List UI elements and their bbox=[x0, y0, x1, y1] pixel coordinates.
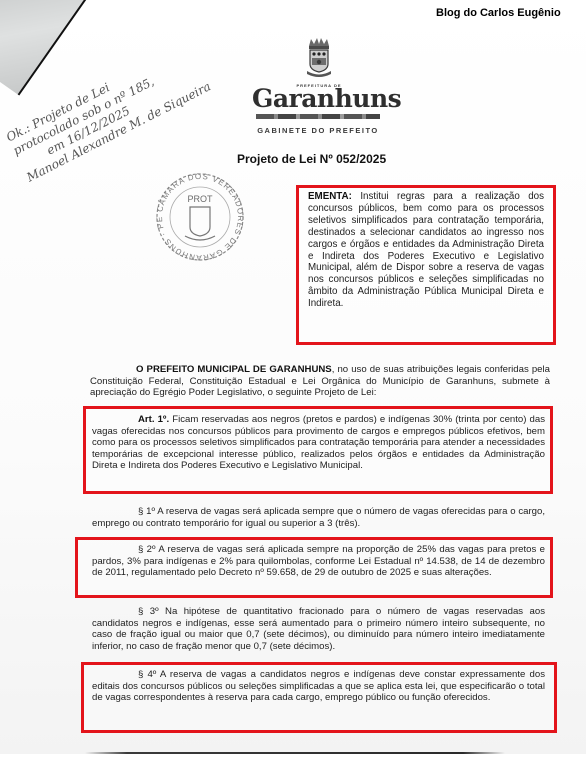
article-1-label: Art. 1º. bbox=[138, 414, 169, 425]
paragraph-3-text: § 3º Na hipótese de quantitativo fracion… bbox=[92, 606, 545, 652]
document-title: Projeto de Lei Nº 052/2025 bbox=[237, 152, 386, 166]
logo-city-name: Garanhuns bbox=[252, 84, 386, 113]
preamble-mayor: O PREFEITO MUNICIPAL DE GARANHUNS bbox=[136, 364, 332, 375]
paragraph-4-text: § 4º A reserva de vagas a candidatos neg… bbox=[92, 669, 545, 703]
logo-subtitle: GABINETE DO PREFEITO bbox=[248, 126, 388, 135]
stamp-label: PROT bbox=[187, 194, 213, 204]
paragraph-2-text: § 2º A reserva de vagas será aplicada se… bbox=[92, 544, 545, 578]
preamble-paragraph: O PREFEITO MUNICIPAL DE GARANHUNS, no us… bbox=[90, 364, 550, 399]
ementa-label: EMENTA: bbox=[308, 191, 352, 202]
paragraph-2: § 2º A reserva de vagas será aplicada se… bbox=[92, 544, 545, 579]
page-bottom-edge bbox=[85, 752, 505, 754]
stamp-text: CÂMARA DOS VEREADORES DE GARANHUNS · PE … bbox=[152, 172, 245, 262]
logo-landscape-bar bbox=[256, 114, 380, 119]
ementa-text: Institui regras para a realização dos co… bbox=[308, 191, 544, 309]
article-1: Art. 1º. Ficam reservadas aos negros (pr… bbox=[92, 414, 545, 472]
paragraph-4: § 4º A reserva de vagas a candidatos neg… bbox=[92, 669, 545, 704]
ementa-paragraph: EMENTA: Institui regras para a realizaçã… bbox=[308, 191, 544, 310]
coat-of-arms-icon bbox=[305, 36, 333, 78]
paragraph-1-text: § 1º A reserva de vagas será aplicada se… bbox=[92, 506, 545, 529]
paragraph-3: § 3º Na hipótese de quantitativo fracion… bbox=[92, 606, 545, 652]
blog-watermark: Blog do Carlos Eugênio bbox=[436, 7, 561, 19]
protocol-stamp-icon: CÂMARA DOS VEREADORES DE GARANHUNS · PE … bbox=[152, 172, 248, 262]
svg-text:CÂMARA DOS VEREADORES DE GARAN: CÂMARA DOS VEREADORES DE GARANHUNS · PE … bbox=[152, 172, 245, 262]
city-hall-logo: PREFEITURA DE Garanhuns GABINETE DO PREF… bbox=[248, 32, 388, 140]
paragraph-1: § 1º A reserva de vagas será aplicada se… bbox=[92, 506, 545, 529]
